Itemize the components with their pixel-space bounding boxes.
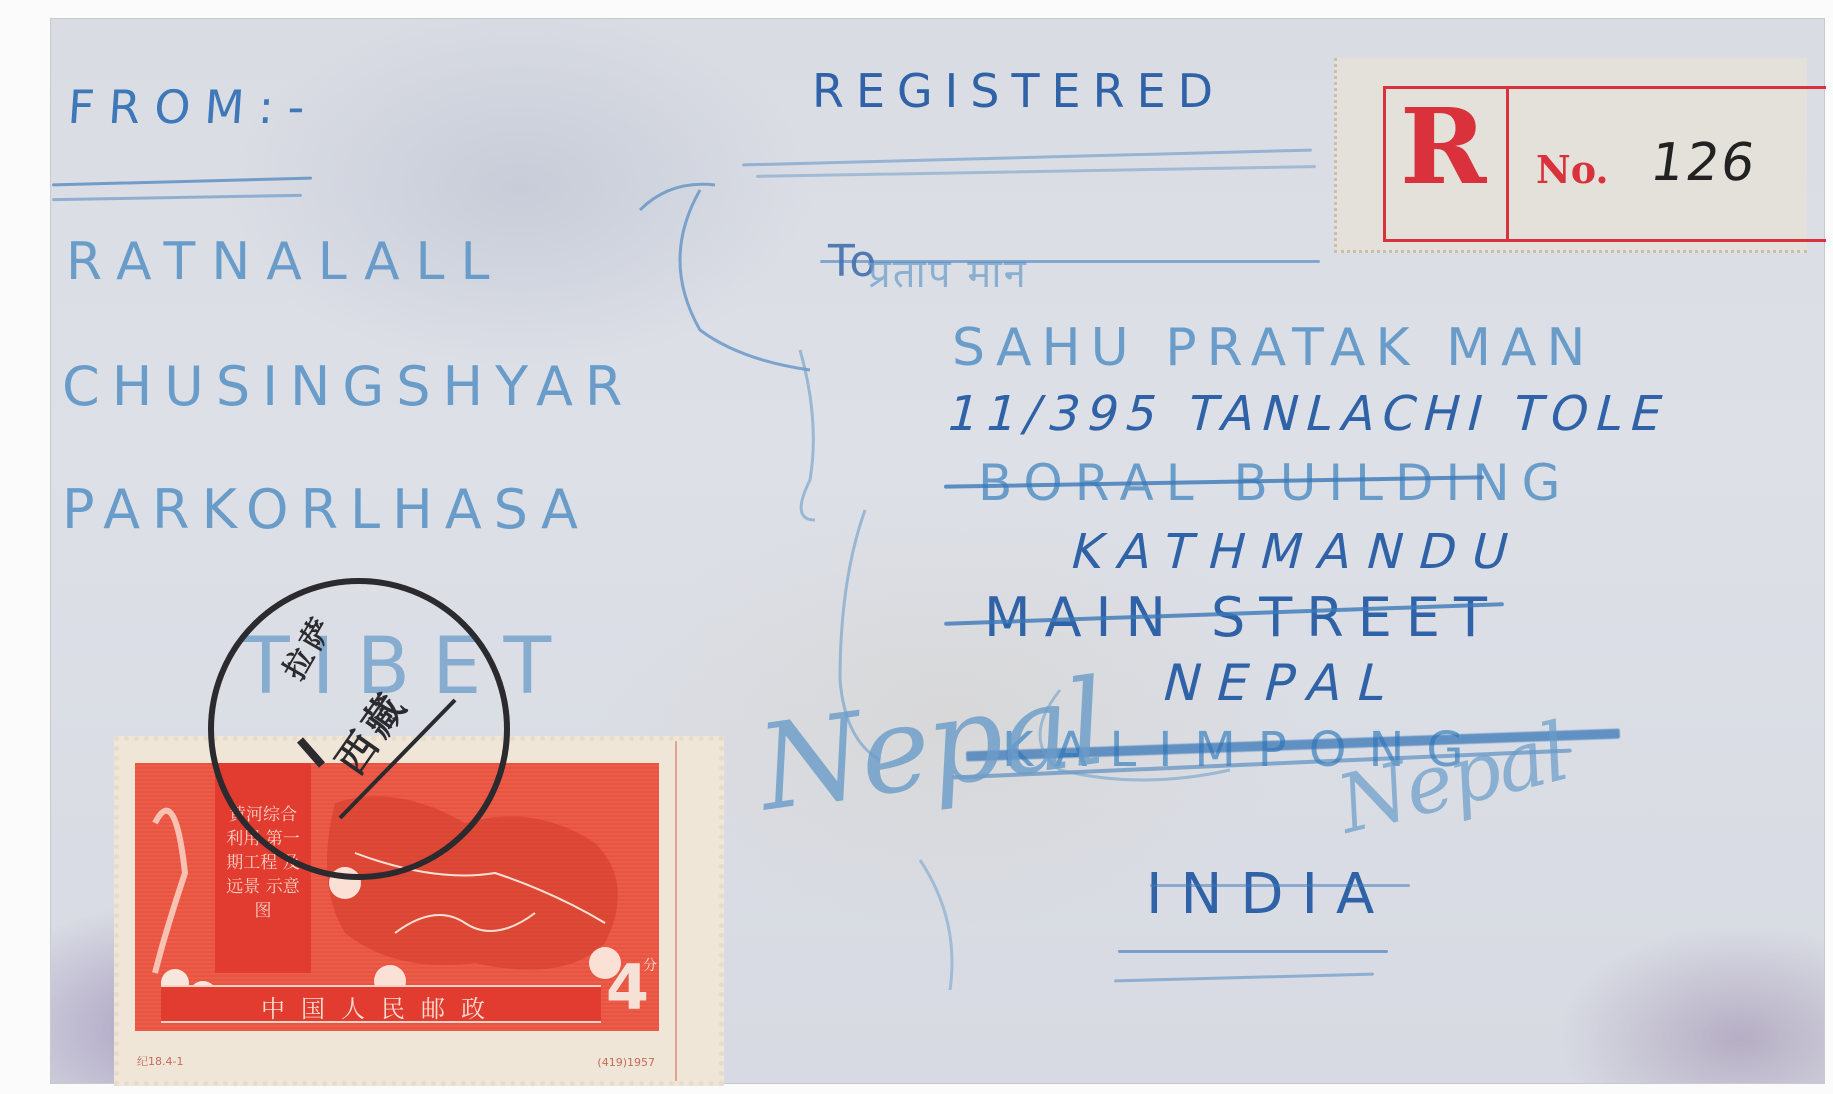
stamp-code-left: 纪18.4-1: [137, 1053, 183, 1069]
registration-box: R No. 126: [1383, 86, 1826, 242]
from-heading: FROM:-: [66, 80, 320, 134]
registration-label: R No. 126: [1334, 58, 1807, 253]
recipient-line-8: INDIA: [1146, 862, 1392, 927]
sender-line-2: CHUSINGSHYAR: [62, 355, 634, 418]
registration-letter: R: [1400, 95, 1486, 199]
recipient-line-1: SAHU PRATAK MAN: [952, 318, 1595, 378]
recipient-line-6: NEPAL: [1157, 654, 1409, 712]
recipient-underline: [1118, 950, 1388, 953]
recipient-line-4: KATHMANDU: [1065, 524, 1530, 580]
stamp-code-right: (419)1957: [597, 1056, 655, 1069]
stamp-country-banner: 中国人民邮政: [161, 985, 601, 1023]
registration-r-cell: R: [1386, 89, 1509, 239]
postmark-center-text: 西藏: [320, 676, 419, 784]
recipient-line-8-strike: [1150, 884, 1410, 887]
stamp-country-text: 中国人民邮政: [161, 989, 601, 1024]
postmark-top-text: 拉萨: [270, 606, 342, 687]
registered-heading: REGISTERED: [812, 64, 1225, 118]
recipient-line-2: 11/395 TANLACHI TOLE: [941, 386, 1676, 442]
stamp-denomination-unit: 分: [643, 955, 657, 975]
registration-number-value: 126: [1647, 133, 1761, 193]
registration-number-label: No.: [1536, 147, 1609, 192]
sender-line-3: PARKORLHASA: [62, 478, 590, 541]
stamp-margin-line: [675, 741, 677, 1081]
recipient-devanagari-struck: प्रताप मान: [868, 244, 1028, 299]
sender-line-1: RATNALALL: [66, 232, 505, 292]
devanagari-strike: [820, 260, 1320, 263]
postmark: 拉萨 西藏: [208, 578, 510, 880]
